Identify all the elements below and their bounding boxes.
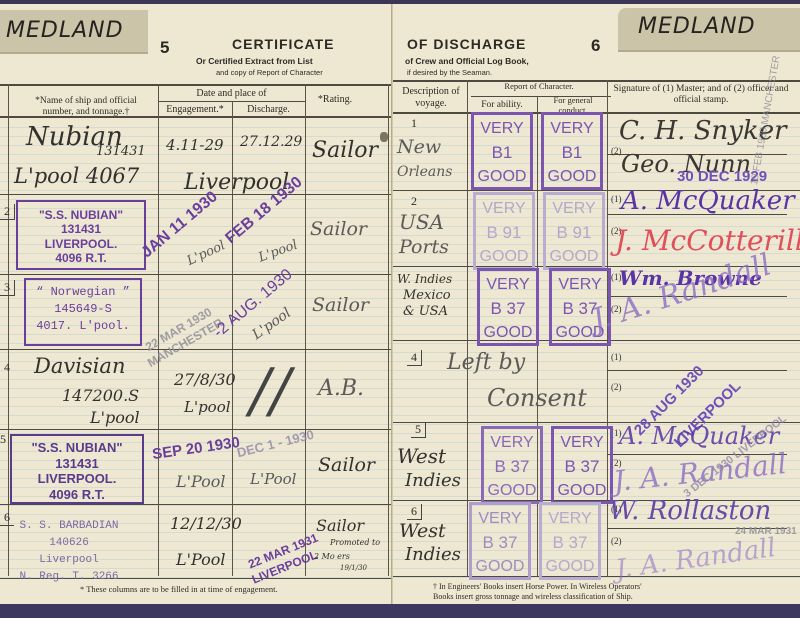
page-title: OF DISCHARGE	[407, 36, 526, 52]
subtitle-line1: Or Certified Extract from List	[196, 56, 313, 66]
subtitle-line2: and copy of Report of Character	[216, 68, 323, 77]
col-header-date-place: Date and place of	[160, 88, 303, 100]
row-number: 6	[0, 510, 14, 526]
row-number: 1	[411, 116, 417, 131]
rating-note: 2 Mo ers	[314, 552, 350, 561]
engagement-place: L'Pool	[176, 472, 226, 491]
col-header-ship: *Name of ship and official number, and t…	[22, 96, 150, 118]
ability-stamp: VERY B 37 GOOD	[481, 426, 543, 504]
book-binding-bottom	[0, 604, 800, 618]
engagement-place: L'pool	[184, 398, 231, 416]
ship-number: 131431	[96, 144, 146, 159]
col-divider	[158, 84, 159, 576]
voyage-description: USA	[399, 210, 444, 234]
voyage-description: Indies	[405, 544, 461, 565]
row-number: 3	[0, 280, 15, 296]
voyage-description: W. Indies	[397, 272, 452, 286]
ship-stamp: "S.S. NUBIAN" 131431 LIVERPOOL. 4096 R.T…	[10, 434, 144, 504]
ship-port: L'pool	[90, 408, 140, 427]
conduct-stamp: VERY B 37 GOOD	[539, 502, 601, 580]
discharge-date: 27.12.29	[240, 134, 302, 150]
ability-stamp: VERY B 91 GOOD	[473, 192, 535, 270]
voyage-description: & USA	[403, 304, 448, 319]
ability-stamp: VERY B 37 GOOD	[477, 268, 539, 346]
col-divider	[8, 84, 9, 576]
voyage-description: West	[397, 444, 446, 468]
surname-tab-right: MEDLAND	[618, 8, 800, 52]
ability-stamp: VERY B1 GOOD	[471, 112, 533, 190]
right-page: MEDLAND OF DISCHARGE 6 of Crew and Offic…	[392, 4, 800, 604]
rating: Sailor	[312, 294, 369, 316]
rating: Sailor	[318, 454, 375, 476]
row-divider	[0, 429, 392, 430]
row-divider	[0, 504, 392, 505]
col-header-report: Report of Character.	[471, 82, 607, 92]
ditto-slash-mark: //	[250, 356, 290, 426]
conduct-stamp: VERY B 91 GOOD	[543, 192, 605, 270]
subtitle-line1: of Crew and Official Log Book,	[405, 56, 529, 66]
voyage-description: Consent	[487, 384, 587, 412]
row-number: 5	[0, 432, 6, 447]
footnote: † In Engineers' Books insert Horse Power…	[433, 582, 661, 602]
signature-mark-2: (2)	[611, 146, 622, 156]
table-top-border	[0, 84, 392, 86]
voyage-description: Left by	[447, 350, 525, 375]
rating: Sailor	[316, 516, 364, 535]
signature-mark-2: (2)	[611, 382, 622, 392]
row-number: 2	[411, 194, 417, 209]
col-divider	[388, 84, 389, 576]
rating: Sailor	[310, 218, 367, 240]
col-header-rating: *Rating.	[305, 94, 365, 106]
row-number: 4	[407, 350, 422, 366]
row-divider	[0, 349, 392, 350]
voyage-description: Orleans	[397, 164, 452, 180]
voyage-description: Ports	[399, 236, 449, 258]
official-stamp: 24 MAR 1931 LIVERPOOL	[735, 526, 800, 537]
row-divider	[0, 274, 392, 275]
col-header-description: Description of voyage.	[395, 86, 467, 109]
surname-label: MEDLAND	[638, 14, 756, 39]
col-header-discharge: Discharge.	[232, 104, 305, 116]
col-header-ability: For ability.	[467, 100, 537, 111]
rating-note-date: 19/1/30	[340, 564, 367, 572]
rating: A.B.	[318, 376, 364, 401]
col-header-engagement: Engagement.*	[158, 104, 232, 116]
rating-note: Promoted to	[330, 538, 380, 547]
page-number: 6	[591, 36, 600, 56]
subtitle-line2: if desired by the Seaman.	[407, 68, 492, 77]
footnote: * These columns are to be filled in at t…	[80, 584, 278, 595]
col-divider	[305, 84, 306, 576]
ship-stamp: “ Norwegian ” 145649-S 4017. L'pool.	[24, 278, 142, 346]
conduct-stamp: VERY B1 GOOD	[541, 112, 603, 190]
ability-stamp: VERY B 37 GOOD	[469, 502, 531, 580]
signature-mark-2: (2)	[611, 536, 622, 546]
engagement-date: 27/8/30	[174, 370, 236, 389]
voyage-description: Indies	[405, 470, 461, 491]
ship-stamp: S. S. BARBADIAN 140626 Liverpool N. Reg.…	[14, 518, 124, 586]
ship-name: Davisian	[34, 354, 125, 378]
signature-mark-1: (1)	[611, 194, 622, 204]
engagement-date: 12/12/30	[170, 514, 242, 533]
master-signature: A. McQuaker	[621, 186, 795, 216]
row-number: 5	[411, 422, 426, 438]
officer-signature: J. McCotterill	[615, 224, 800, 257]
discharge-place: L'Pool	[250, 470, 296, 488]
surname-label: MEDLAND	[6, 18, 124, 43]
col-divider	[467, 80, 468, 576]
row-number: 2	[0, 204, 15, 220]
surname-tab-left: MEDLAND	[0, 10, 148, 54]
engagement-place: L'Pool	[176, 550, 226, 569]
page-number: 5	[160, 38, 169, 58]
master-signature: W. Rollaston	[609, 496, 771, 526]
voyage-description: New	[397, 136, 441, 158]
staple-hole	[380, 132, 388, 142]
ship-port-tonnage: L'pool 4067	[14, 164, 139, 188]
row-number: 4	[4, 360, 10, 375]
engagement-date: 4.11-29	[166, 136, 224, 154]
voyage-description: Mexico	[403, 288, 451, 303]
left-page: MEDLAND 5 CERTIFICATE Or Certified Extra…	[0, 4, 392, 604]
row-number: 6	[407, 504, 422, 520]
signature-mark-1: (1)	[611, 352, 622, 362]
voyage-description: West	[399, 520, 446, 542]
page-title: CERTIFICATE	[232, 36, 335, 52]
ship-number: 147200.S	[62, 386, 139, 405]
conduct-stamp: VERY B 37 GOOD	[551, 426, 613, 504]
ship-stamp: "S.S. NUBIAN" 131431 LIVERPOOL. 4096 R.T…	[16, 200, 146, 270]
rating: Sailor	[312, 138, 378, 163]
